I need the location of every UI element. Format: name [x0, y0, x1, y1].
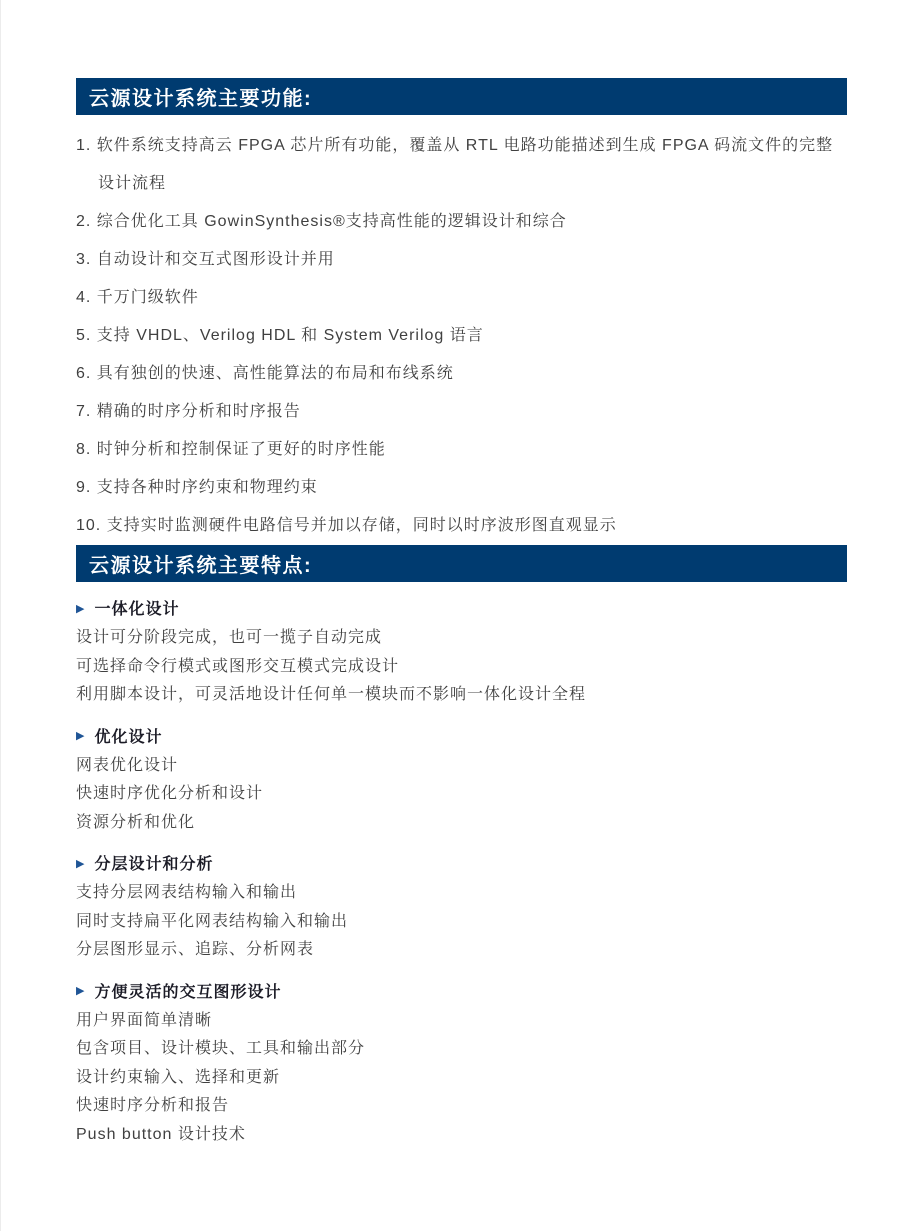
- list-item: 5. 支持 VHDL、Verilog HDL 和 System Verilog …: [76, 317, 847, 355]
- feature-group-interactive-graphic-design: ▶ 方便灵活的交互图形设计 用户界面简单清晰 包含项目、设计模块、工具和输出部分…: [76, 979, 847, 1150]
- feature-heading-label: 分层设计和分析: [94, 851, 213, 879]
- feature-line: 快速时序分析和报告: [76, 1092, 847, 1121]
- datasheet-page: 云源设计系统主要功能: 1. 软件系统支持高云 FPGA 芯片所有功能，覆盖从 …: [0, 0, 921, 1231]
- page-content: 云源设计系统主要功能: 1. 软件系统支持高云 FPGA 芯片所有功能，覆盖从 …: [1, 0, 921, 1149]
- list-item: 2. 综合优化工具 GowinSynthesis®支持高性能的逻辑设计和综合: [76, 203, 847, 241]
- feature-heading-label: 优化设计: [94, 724, 162, 752]
- feature-group-hierarchical-design: ▶ 分层设计和分析 支持分层网表结构输入和输出 同时支持扁平化网表结构输入和输出…: [76, 851, 847, 965]
- list-item: 10. 支持实时监测硬件电路信号并加以存储，同时以时序波形图直观显示: [76, 507, 847, 545]
- feature-heading: ▶ 分层设计和分析: [76, 851, 847, 879]
- triangle-bullet-icon: ▶: [76, 986, 85, 997]
- triangle-bullet-icon: ▶: [76, 604, 85, 615]
- feature-heading: ▶ 方便灵活的交互图形设计: [76, 979, 847, 1007]
- feature-heading: ▶ 一体化设计: [76, 596, 847, 624]
- triangle-bullet-icon: ▶: [76, 859, 85, 870]
- list-item: 6. 具有独创的快速、高性能算法的布局和布线系统: [76, 355, 847, 393]
- feature-heading-label: 方便灵活的交互图形设计: [94, 979, 281, 1007]
- feature-line: 分层图形显示、追踪、分析网表: [76, 936, 847, 965]
- list-item: 4. 千万门级软件: [76, 279, 847, 317]
- list-item: 7. 精确的时序分析和时序报告: [76, 393, 847, 431]
- feature-line: 同时支持扁平化网表结构输入和输出: [76, 908, 847, 937]
- list-item: 1. 软件系统支持高云 FPGA 芯片所有功能，覆盖从 RTL 电路功能描述到生…: [76, 127, 847, 203]
- feature-group-optimized-design: ▶ 优化设计 网表优化设计 快速时序优化分析和设计 资源分析和优化: [76, 724, 847, 838]
- feature-line: 支持分层网表结构输入和输出: [76, 879, 847, 908]
- feature-line: Push button 设计技术: [76, 1121, 847, 1150]
- functions-section-title: 云源设计系统主要功能:: [89, 82, 312, 111]
- feature-line: 网表优化设计: [76, 752, 847, 781]
- feature-heading-label: 一体化设计: [94, 596, 179, 624]
- functions-list: 1. 软件系统支持高云 FPGA 芯片所有功能，覆盖从 RTL 电路功能描述到生…: [76, 127, 847, 545]
- features-list: ▶ 一体化设计 设计可分阶段完成，也可一揽子自动完成 可选择命令行模式或图形交互…: [76, 596, 847, 1149]
- list-item: 8. 时钟分析和控制保证了更好的时序性能: [76, 431, 847, 469]
- feature-heading: ▶ 优化设计: [76, 724, 847, 752]
- feature-line: 利用脚本设计，可灵活地设计任何单一模块而不影响一体化设计全程: [76, 681, 847, 710]
- features-section-header: 云源设计系统主要特点:: [76, 545, 847, 582]
- feature-line: 设计可分阶段完成，也可一揽子自动完成: [76, 624, 847, 653]
- feature-line: 快速时序优化分析和设计: [76, 780, 847, 809]
- feature-line: 可选择命令行模式或图形交互模式完成设计: [76, 653, 847, 682]
- list-item: 3. 自动设计和交互式图形设计并用: [76, 241, 847, 279]
- feature-line: 包含项目、设计模块、工具和输出部分: [76, 1035, 847, 1064]
- feature-line: 设计约束输入、选择和更新: [76, 1064, 847, 1093]
- feature-line: 资源分析和优化: [76, 809, 847, 838]
- triangle-bullet-icon: ▶: [76, 731, 85, 742]
- feature-line: 用户界面简单清晰: [76, 1007, 847, 1036]
- features-section-title: 云源设计系统主要特点:: [89, 549, 312, 578]
- feature-group-integrated-design: ▶ 一体化设计 设计可分阶段完成，也可一揽子自动完成 可选择命令行模式或图形交互…: [76, 596, 847, 710]
- functions-section-header: 云源设计系统主要功能:: [76, 78, 847, 115]
- list-item: 9. 支持各种时序约束和物理约束: [76, 469, 847, 507]
